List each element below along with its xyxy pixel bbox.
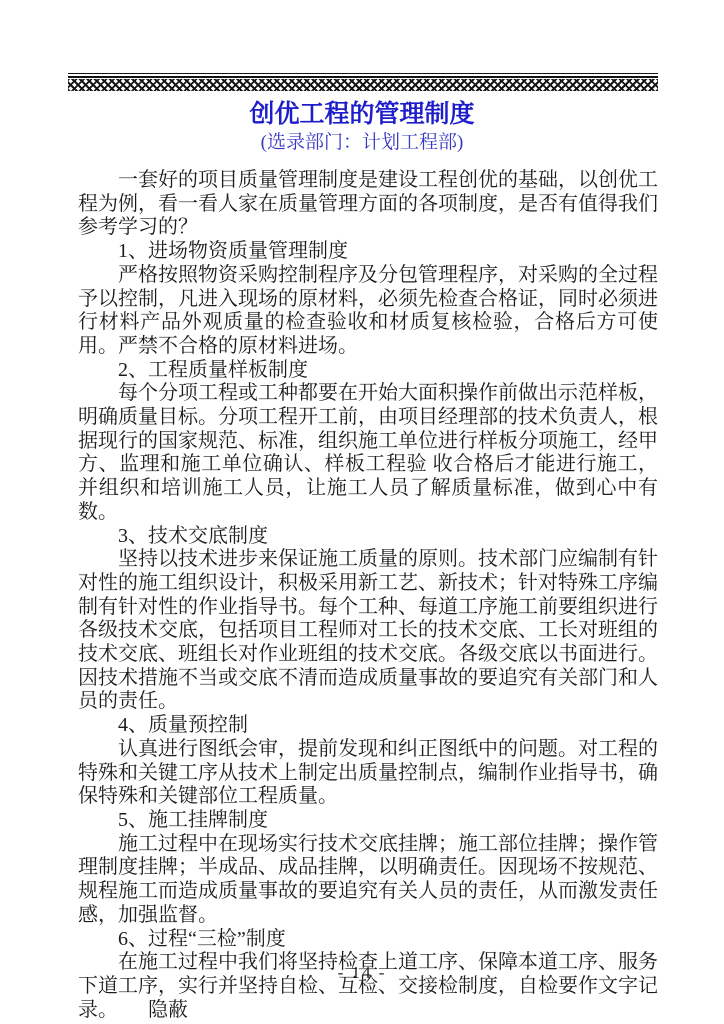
document-page: 创优工程的管理制度 (选录部门：计划工程部) 一套好的项目质量管理制度是建设工程… [0,0,724,1024]
page-subtitle: (选录部门：计划工程部) [0,131,724,155]
section-1-heading: 1、进场物资质量管理制度 [78,240,658,264]
header-rule-thin [68,73,658,74]
header-decorative-border [68,73,658,91]
header-zigzag-pattern [68,79,658,91]
section-5-heading: 5、施工挂牌制度 [78,809,658,833]
section-3-heading: 3、技术交底制度 [78,525,658,549]
page-title: 创优工程的管理制度 [0,99,724,129]
page-number: - 14 - [0,963,724,983]
section-1-body: 严格按照物资采购控制程序及分包管理程序，对采购的全过程予以控制，凡进入现场的原材… [78,264,658,359]
header-rule-thick [68,76,658,78]
section-6-heading: 6、过程“三检”制度 [78,928,658,952]
section-2-heading: 2、工程质量样板制度 [78,359,658,383]
section-5-body: 施工过程中在现场实行技术交底挂牌；施工部位挂牌；操作管理制度挂牌；半成品、成品挂… [78,833,658,928]
section-4-body: 认真进行图纸会审，提前发现和纠正图纸中的问题。对工程的特殊和关键工序从技术上制定… [78,738,658,809]
section-3-body: 坚持以技术进步来保证施工质量的原则。技术部门应编制有针对性的施工组织设计，积极采… [78,548,658,714]
document-body: 一套好的项目质量管理制度是建设工程创优的基础，以创优工程为例，看一看人家在质量管… [78,169,658,1022]
section-4-heading: 4、质量预控制 [78,714,658,738]
intro-paragraph: 一套好的项目质量管理制度是建设工程创优的基础，以创优工程为例，看一看人家在质量管… [78,169,658,240]
section-2-body: 每个分项工程或工种都要在开始大面积操作前做出示范样板，明确质量目标。分项工程开工… [78,382,658,524]
section-6-body: 在施工过程中我们将坚持检查上道工序、保障本道工序、服务下道工序，实行并坚持自检、… [78,951,658,1022]
